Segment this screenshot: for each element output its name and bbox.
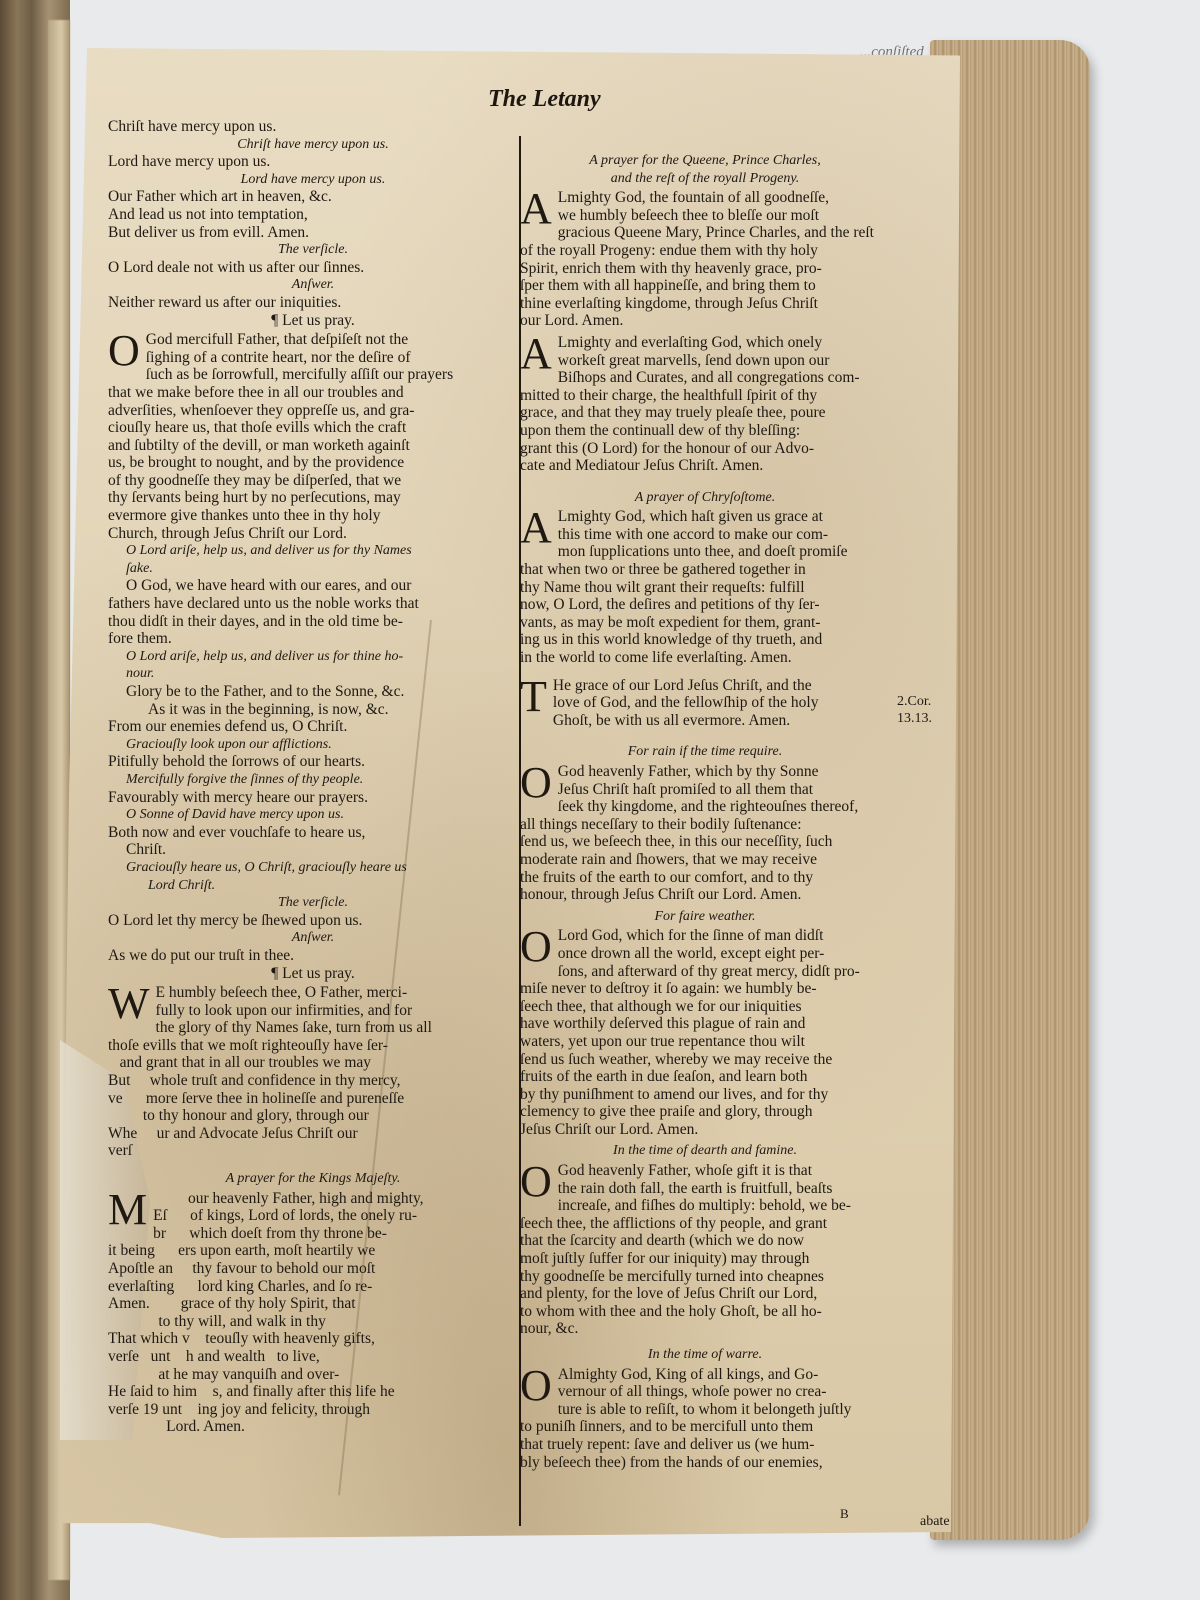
text-line: thy ſervants being hurt by no perſecutio… — [108, 489, 518, 507]
text-line: Jeſus Chriſt our Lord. Amen. — [520, 1121, 890, 1139]
text-line: that the ſcarcity and dearth (which we d… — [520, 1232, 890, 1250]
text-line: now, O Lord, the deſires and petitions o… — [520, 596, 890, 614]
prayer-kings-majesty: M our heavenly Father, high and mighty,E… — [108, 1190, 518, 1436]
text-line: Pitifully behold the ſorrows of our hear… — [108, 753, 518, 771]
grace-benediction: THe grace of our Lord Jeſus Chriſt, and … — [520, 677, 890, 730]
drop-cap: M — [108, 1192, 147, 1228]
drop-cap: A — [520, 336, 552, 372]
text-line: once drown all the world, except eight p… — [520, 945, 890, 963]
margin-note-reference: 2.Cor. 13.13. — [897, 693, 932, 727]
drop-cap: O — [108, 333, 140, 369]
text-line: Both now and ever vouchſafe to heare us, — [108, 824, 518, 842]
text-line: Lmighty God, which haſt given us grace a… — [520, 508, 890, 526]
text-line: ¶ Let us pray. — [108, 312, 518, 330]
left-column: Chriſt have mercy upon us.Chriſt have me… — [108, 118, 518, 1436]
text-line: thy goodneſſe be mercifully turned into … — [520, 1268, 890, 1286]
text-line: thoſe evills that we moſt righteouſly ha… — [108, 1037, 518, 1055]
text-line: gracious Queene Mary, Prince Charles, an… — [520, 224, 890, 242]
text-line: to thy honour and glory, through our — [108, 1107, 518, 1125]
text-line: thou didſt in their dayes, and in the ol… — [108, 613, 518, 631]
text-line: and ſubtilty of the devill, or man worke… — [108, 437, 518, 455]
text-line: Lord have mercy upon us. — [108, 171, 518, 189]
text-line: to puniſh ſinners, and to be mercifull u… — [520, 1418, 890, 1436]
text-line: that we make before thee in all our trou… — [108, 384, 518, 402]
text-line: ſeech thee, that although we for our ini… — [520, 998, 890, 1016]
text-line: ¶ Let us pray. — [108, 965, 518, 983]
text-line: mitted to their charge, the healthfull ſ… — [520, 387, 890, 405]
text-line: the fruits of the earth to our comfort, … — [520, 869, 890, 887]
text-line: Apoſtle an thy favour to behold our moſt — [108, 1260, 518, 1278]
text-line: love of God, and the fellowſhip of the h… — [520, 694, 890, 712]
text-line: in the world to come life everlaſting. A… — [520, 649, 890, 667]
text-line: ſend us, we beſeech thee, in this our ne… — [520, 833, 890, 851]
text-line: our Lord. Amen. — [520, 312, 890, 330]
right-column: A prayer for the Queene, Prince Charles,… — [520, 148, 890, 1471]
text-line: Almighty God, King of all kings, and Go- — [520, 1366, 890, 1384]
text-line: Chriſt have mercy upon us. — [108, 136, 518, 154]
text-line: Whe ur and Advocate Jeſus Chriſt our — [108, 1125, 518, 1143]
text-line: Lord Chriſt. — [108, 877, 518, 895]
text-line: ſend us ſuch weather, whereby we may rec… — [520, 1051, 890, 1069]
text-line: He ſaid to him s, and finally after this… — [108, 1383, 518, 1401]
text-line: And lead us not into temptation, — [108, 206, 518, 224]
text-line: Lmighty and everlaſting God, which onely — [520, 334, 890, 352]
text-line: God heavenly Father, whoſe gift it is th… — [520, 1162, 890, 1180]
drop-cap: O — [520, 1368, 552, 1404]
text-line: But whole truſt and confidence in thy me… — [108, 1072, 518, 1090]
text-line: E humbly beſeech thee, O Father, merci- — [108, 984, 518, 1002]
text-line: vernour of all things, whoſe power no cr… — [520, 1383, 890, 1401]
text-line: O God, we have heard with our eares, and… — [108, 577, 518, 595]
text-line: ſeech thee, the afflictions of thy peopl… — [520, 1215, 890, 1233]
text-line: of thy goodneſſe they may be diſperſed, … — [108, 472, 518, 490]
drop-cap: W — [108, 986, 150, 1022]
text-line: The verſicle. — [108, 241, 518, 259]
text-line: Jeſus Chriſt haſt promiſed to all them t… — [520, 781, 890, 799]
text-line: cate and Mediatour Jeſus Chriſt. Amen. — [520, 457, 890, 475]
drop-cap: O — [520, 929, 552, 965]
kings-majesty-heading: A prayer for the Kings Majeſty. — [108, 1170, 518, 1188]
responses-block-2: O Lord ariſe, help us, and deliver us fo… — [108, 542, 518, 982]
margin-note-line-2: 13.13. — [897, 710, 932, 727]
text-line: to thy will, and walk in thy — [108, 1313, 518, 1331]
text-line: fore them. — [108, 630, 518, 648]
queen-heading-line-2: and the reſt of the royall Progeny. — [520, 170, 890, 188]
text-line: Amen. grace of thy holy Spirit, that — [108, 1295, 518, 1313]
text-line: Eſ of kings, Lord of lords, the onely ru… — [108, 1207, 518, 1225]
text-line: upon them the continuall dew of thy bleſ… — [520, 422, 890, 440]
text-line: But deliver us from evill. Amen. — [108, 224, 518, 242]
text-line: O Lord ariſe, help us, and deliver us fo… — [108, 648, 518, 666]
text-line: ſighing of a contrite heart, nor the deſ… — [108, 349, 518, 367]
text-line: Spirit, enrich them with thy heavenly gr… — [520, 260, 890, 278]
prayer-rain: OGod heavenly Father, which by thy Sonne… — [520, 763, 890, 904]
text-line: the rain doth fall, the earth is fruitfu… — [520, 1180, 890, 1198]
text-line: Lord God, which for the ſinne of man did… — [520, 927, 890, 945]
text-line: Anſwer. — [108, 929, 518, 947]
text-line: us, be brought to nought, and by the pro… — [108, 454, 518, 472]
prayer-clergy: ALmighty and everlaſting God, which onel… — [520, 334, 890, 475]
text-line: O Lord ariſe, help us, and deliver us fo… — [108, 542, 518, 560]
text-line: Lord. Amen. — [108, 1418, 518, 1436]
text-line: our heavenly Father, high and mighty, — [108, 1190, 518, 1208]
text-line: to whom with thee and the holy Ghoſt, be… — [520, 1303, 890, 1321]
text-line: ciouſly heare us, that thoſe evills whic… — [108, 419, 518, 437]
text-line: that when two or three be gathered toget… — [520, 561, 890, 579]
text-line: verſ — [108, 1142, 518, 1160]
text-line: Our Father which art in heaven, &c. — [108, 188, 518, 206]
text-line: at he may vanquiſh and over- — [108, 1366, 518, 1384]
text-line: Chriſt have mercy upon us. — [108, 118, 518, 136]
text-line: ſons, and afterward of thy great mercy, … — [520, 963, 890, 981]
text-line: moſt juſtly ſuffer for our iniquity) may… — [520, 1250, 890, 1268]
text-line: ſeek thy kingdome, and the righteouſnes … — [520, 798, 890, 816]
text-line: O Lord deale not with us after our ſinne… — [108, 259, 518, 277]
text-line: Graciouſly look upon our afflictions. — [108, 736, 518, 754]
text-line: and grant that in all our troubles we ma… — [108, 1054, 518, 1072]
text-line: nour. — [108, 665, 518, 683]
drop-cap: A — [520, 510, 552, 546]
text-line: and plenty, for the love of Jeſus Chriſt… — [520, 1285, 890, 1303]
text-line: workeſt great marvells, ſend down upon o… — [520, 352, 890, 370]
running-head: The Letany — [488, 86, 601, 113]
text-line: by thy puniſhment to amend our lives, an… — [520, 1086, 890, 1104]
chrysostom-heading: A prayer of Chryſoſtome. — [520, 489, 890, 507]
text-line: Ghoſt, be with us all evermore. Amen. — [520, 712, 890, 730]
text-line: Glory be to the Father, and to the Sonne… — [108, 683, 518, 701]
text-line: the glory of thy Names ſake, turn from u… — [108, 1019, 518, 1037]
text-line: miſe never to deſtroy it ſo again: we hu… — [520, 980, 890, 998]
text-line: Anſwer. — [108, 276, 518, 294]
text-line: He grace of our Lord Jeſus Chriſt, and t… — [520, 677, 890, 695]
text-line: Chriſt. — [108, 841, 518, 859]
drop-cap: O — [520, 765, 552, 801]
text-line: ſper them with all happineſſe, and bring… — [520, 277, 890, 295]
text-line: have worthily deſerved this plague of ra… — [520, 1015, 890, 1033]
rain-heading: For rain if the time require. — [520, 743, 890, 761]
text-line: ve more ſerve thee in holineſſe and pure… — [108, 1090, 518, 1108]
text-line: Favourably with mercy heare our prayers. — [108, 789, 518, 807]
dearth-heading: In the time of dearth and famine. — [520, 1142, 890, 1160]
text-line: clemency to give thee praiſe and glory, … — [520, 1103, 890, 1121]
prayer-chrysostom: ALmighty God, which haſt given us grace … — [520, 508, 890, 666]
text-line: nour, &c. — [520, 1320, 890, 1338]
text-line: ſuch as be ſorrowfull, mercifully aſſiſt… — [108, 366, 518, 384]
text-line: As it was in the beginning, is now, &c. — [108, 701, 518, 719]
text-line: fathers have declared unto us the noble … — [108, 595, 518, 613]
text-line: moderate rain and ſhowers, that we may r… — [520, 851, 890, 869]
drop-cap: T — [520, 679, 547, 715]
queen-heading: A prayer for the Queene, Prince Charles,… — [520, 152, 890, 187]
drop-cap: A — [520, 191, 552, 227]
text-line: Biſhops and Curates, and all congregatio… — [520, 369, 890, 387]
text-line: Church, through Jeſus Chriſt our Lord. — [108, 525, 518, 543]
responses-block-1: Chriſt have mercy upon us.Chriſt have me… — [108, 118, 518, 329]
text-line: Neither reward us after our iniquities. — [108, 294, 518, 312]
prayer-we-humbly-beseech: WE humbly beſeech thee, O Father, merci-… — [108, 984, 518, 1160]
text-line: of the royall Progeny: endue them with t… — [520, 242, 890, 260]
text-line: evermore give thankes unto thee in thy h… — [108, 507, 518, 525]
text-line: vants, as may be moſt expedient for them… — [520, 614, 890, 632]
prayer-queen: ALmighty God, the fountain of all goodne… — [520, 189, 890, 330]
text-line: waters, yet upon our true repentance tho… — [520, 1033, 890, 1051]
text-line: O Lord let thy mercy be ſhewed upon us. — [108, 912, 518, 930]
text-line: Lmighty God, the fountain of all goodneſ… — [520, 189, 890, 207]
text-line: Graciouſly heare us, O Chriſt, graciouſl… — [108, 859, 518, 877]
text-line: verſe 19 unt ing joy and felicity, throu… — [108, 1401, 518, 1419]
text-line: O Sonne of David have mercy upon us. — [108, 806, 518, 824]
text-line: ture is able to reſiſt, to whom it belon… — [520, 1401, 890, 1419]
margin-note-line-1: 2.Cor. — [897, 693, 932, 710]
text-line: mon ſupplications unto thee, and doeſt p… — [520, 543, 890, 561]
text-line: it being ers upon earth, moſt heartily w… — [108, 1242, 518, 1260]
text-line: fully to look upon our infirmities, and … — [108, 1002, 518, 1020]
text-line: thy Name thou wilt grant their requeſts:… — [520, 579, 890, 597]
text-line: honour, through Jeſus Chriſt our Lord. A… — [520, 886, 890, 904]
text-line: fruits of the earth in due ſeaſon, and l… — [520, 1068, 890, 1086]
text-line: br which doeſt from thy throne be- — [108, 1225, 518, 1243]
prayer-dearth-famine: OGod heavenly Father, whoſe gift it is t… — [520, 1162, 890, 1338]
text-line: thine everlaſting kingdome, through Jeſu… — [520, 295, 890, 313]
catchword: abate — [920, 1514, 950, 1530]
text-line: grant this (O Lord) for the honour of ou… — [520, 440, 890, 458]
text-line: ſake. — [108, 560, 518, 578]
text-line: The verſicle. — [108, 894, 518, 912]
text-line: God mercifull Father, that deſpiſeſt not… — [108, 331, 518, 349]
text-line: we humbly beſeech thee to bleſſe our moſ… — [520, 207, 890, 225]
text-line: grace, and that they may truely pleaſe t… — [520, 404, 890, 422]
text-line: all things neceſſary to their bodily ſuſ… — [520, 816, 890, 834]
text-line: As we do put our truſt in thee. — [108, 947, 518, 965]
drop-cap: O — [520, 1164, 552, 1200]
text-line: increaſe, and fiſhes do multiply: behold… — [520, 1197, 890, 1215]
queen-heading-line-1: A prayer for the Queene, Prince Charles, — [520, 152, 890, 170]
text-line: God heavenly Father, which by thy Sonne — [520, 763, 890, 781]
fair-weather-heading: For faire weather. — [520, 908, 890, 926]
prayer-mercifull-father: OGod mercifull Father, that deſpiſeſt no… — [108, 331, 518, 542]
text-line: that truely repent: ſave and deliver us … — [520, 1436, 890, 1454]
text-line: Lord have mercy upon us. — [108, 153, 518, 171]
text-line: From our enemies defend us, O Chriſt. — [108, 718, 518, 736]
text-line: this time with one accord to make our co… — [520, 526, 890, 544]
warre-heading: In the time of warre. — [520, 1346, 890, 1364]
prayer-fair-weather: OLord God, which for the ſinne of man di… — [520, 927, 890, 1138]
text-line: everlaſting lord king Charles, and ſo re… — [108, 1278, 518, 1296]
text-line: bly beſeech thee) from the hands of our … — [520, 1454, 890, 1472]
prayer-time-of-warre: OAlmighty God, King of all kings, and Go… — [520, 1366, 890, 1472]
text-line: adverſities, whenſoever they oppreſſe us… — [108, 402, 518, 420]
text-line: verſe unt h and wealth to live, — [108, 1348, 518, 1366]
text-line: ing us in this world knowledge of thy tr… — [520, 631, 890, 649]
text-line: Mercifully forgive the ſinnes of thy peo… — [108, 771, 518, 789]
text-line: That which v teouſly with heavenly gifts… — [108, 1330, 518, 1348]
signature-mark: B — [840, 1506, 849, 1522]
